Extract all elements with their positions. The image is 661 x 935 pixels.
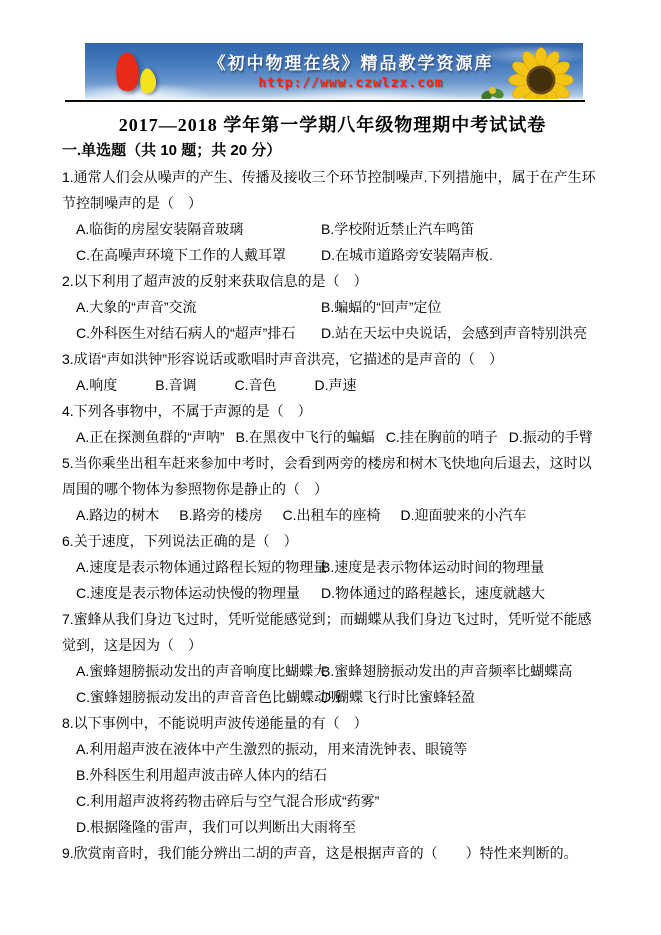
option-b: B.在黑夜中飞行的蝙蝠 bbox=[236, 424, 375, 450]
logo-yellow-flame-icon bbox=[135, 67, 159, 95]
option-d: D.物体通过的路程越长，速度就越大 bbox=[321, 580, 603, 606]
question-text: 3.成语“声如洪钟”形容说话或歌唱时声音洪亮，它描述的是声音的（ ） bbox=[62, 346, 603, 372]
question-8: 8.以下事例中，不能说明声波传递能量的有（ ） A.利用超声波在液体中产生激烈的… bbox=[62, 710, 603, 840]
question-7: 7.蜜蜂从我们身边飞过时，凭听觉能感觉到；而蝴蝶从我们身边飞过时，凭听觉不能感觉… bbox=[62, 606, 603, 710]
option-d: D.蝴蝶飞行时比蜜蜂轻盈 bbox=[321, 684, 603, 710]
banner-text: 《初中物理在线》精品教学资源库 http://www.czwlzx.com bbox=[193, 49, 509, 91]
option-b: B.速度是表示物体运动时间的物理量 bbox=[321, 554, 603, 580]
option-a: A.速度是表示物体通过路程长短的物理量 bbox=[76, 554, 321, 580]
question-options: A.大象的“声音”交流 B.蝙蝠的“回声”定位 C.外科医生对结石病人的“超声”… bbox=[62, 294, 603, 346]
option-b: B.外科医生利用超声波击碎人体内的结石 bbox=[76, 762, 603, 788]
option-b: B.蝙蝠的“回声”定位 bbox=[321, 294, 603, 320]
option-c: C.音色 bbox=[234, 372, 276, 398]
option-a: A.利用超声波在液体中产生激烈的振动，用来清洗钟表、眼镜等 bbox=[76, 736, 603, 762]
option-c: C.蜜蜂翅膀振动发出的声音音色比蝴蝶动听 bbox=[76, 684, 321, 710]
question-options: A.蜜蜂翅膀振动发出的声音响度比蝴蝶大 B.蜜蜂翅膀振动发出的声音频率比蝴蝶高 … bbox=[62, 658, 603, 710]
question-4: 4.下列各事物中，不属于声源的是（ ） A.正在探测鱼群的“声呐” B.在黑夜中… bbox=[62, 398, 603, 450]
plant-icon bbox=[479, 87, 509, 99]
option-a: A.路边的树木 bbox=[76, 502, 159, 528]
question-options: A.利用超声波在液体中产生激烈的振动，用来清洗钟表、眼镜等 B.外科医生利用超声… bbox=[62, 736, 603, 840]
question-9: 9.欣赏南音时，我们能分辨出二胡的声音，这是根据声音的（ ）特性来判断的。 bbox=[62, 840, 603, 866]
option-a: A.蜜蜂翅膀振动发出的声音响度比蝴蝶大 bbox=[76, 658, 321, 684]
option-a: A.正在探测鱼群的“声呐” bbox=[76, 424, 225, 450]
question-text: 6.关于速度，下列说法正确的是（ ） bbox=[62, 528, 603, 554]
site-banner: 《初中物理在线》精品教学资源库 http://www.czwlzx.com bbox=[85, 43, 583, 99]
option-c: C.挂在胸前的哨子 bbox=[386, 424, 498, 450]
option-b: B.学校附近禁止汽车鸣笛 bbox=[321, 216, 603, 242]
banner-divider bbox=[65, 100, 585, 102]
site-name: 《初中物理在线》精品教学资源库 bbox=[193, 49, 509, 74]
question-3: 3.成语“声如洪钟”形容说话或歌唱时声音洪亮，它描述的是声音的（ ） A.响度 … bbox=[62, 346, 603, 398]
option-c: C.在高噪声环境下工作的人戴耳罩 bbox=[76, 242, 321, 268]
option-b: B.路旁的楼房 bbox=[179, 502, 262, 528]
question-options: A.临街的房屋安装隔音玻璃 B.学校附近禁止汽车鸣笛 C.在高噪声环境下工作的人… bbox=[62, 216, 603, 268]
site-logo-icon bbox=[109, 51, 179, 97]
question-options: A.速度是表示物体通过路程长短的物理量 B.速度是表示物体运动时间的物理量 C.… bbox=[62, 554, 603, 606]
question-text: 8.以下事例中，不能说明声波传递能量的有（ ） bbox=[62, 710, 603, 736]
option-c: C.外科医生对结石病人的“超声”排石 bbox=[76, 320, 321, 346]
question-text: 7.蜜蜂从我们身边飞过时，凭听觉能感觉到；而蝴蝶从我们身边飞过时，凭听觉不能感觉… bbox=[62, 606, 603, 658]
option-c: C.利用超声波将药物击碎后与空气混合形成“药雾” bbox=[76, 788, 603, 814]
question-options: A.响度 B.音调 C.音色 D.声速 bbox=[62, 372, 603, 398]
question-5: 5.当你乘坐出租车赶来参加中考时，会看到两旁的楼房和树木飞快地向后退去，这时以周… bbox=[62, 450, 603, 528]
option-d: D.迎面驶来的小汽车 bbox=[400, 502, 526, 528]
question-2: 2.以下利用了超声波的反射来获取信息的是（ ） A.大象的“声音”交流 B.蝙蝠… bbox=[62, 268, 603, 346]
option-a: A.临街的房屋安装隔音玻璃 bbox=[76, 216, 321, 242]
option-d: D.在城市道路旁安装隔声板. bbox=[321, 242, 603, 268]
option-b: B.音调 bbox=[155, 372, 196, 398]
question-text: 2.以下利用了超声波的反射来获取信息的是（ ） bbox=[62, 268, 603, 294]
option-c: C.出租车的座椅 bbox=[282, 502, 380, 528]
site-url: http://www.czwlzx.com bbox=[193, 76, 509, 91]
question-options: A.正在探测鱼群的“声呐” B.在黑夜中飞行的蝙蝠 C.挂在胸前的哨子 D.振动… bbox=[62, 424, 603, 450]
question-text: 5.当你乘坐出租车赶来参加中考时，会看到两旁的楼房和树木飞快地向后退去，这时以周… bbox=[62, 450, 603, 502]
exam-title: 2017—2018 学年第一学期八年级物理期中考试试卷 bbox=[62, 112, 603, 138]
question-1: 1.通常人们会从噪声的产生、传播及接收三个环节控制噪声.下列措施中，属于在产生环… bbox=[62, 164, 603, 268]
option-c: C.速度是表示物体运动快慢的物理量 bbox=[76, 580, 321, 606]
option-a: A.响度 bbox=[76, 372, 117, 398]
option-a: A.大象的“声音”交流 bbox=[76, 294, 321, 320]
question-text: 4.下列各事物中，不属于声源的是（ ） bbox=[62, 398, 603, 424]
logo-red-flame-icon bbox=[111, 51, 143, 94]
section-heading: 一.单选题（共 10 题；共 20 分） bbox=[62, 138, 603, 164]
sunflower-icon bbox=[502, 47, 580, 99]
question-6: 6.关于速度，下列说法正确的是（ ） A.速度是表示物体通过路程长短的物理量 B… bbox=[62, 528, 603, 606]
exam-document: 2017—2018 学年第一学期八年级物理期中考试试卷 一.单选题（共 10 题… bbox=[62, 112, 603, 866]
question-text: 1.通常人们会从噪声的产生、传播及接收三个环节控制噪声.下列措施中，属于在产生环… bbox=[62, 164, 603, 216]
option-d: D.站在天坛中央说话，会感到声音特别洪亮 bbox=[321, 320, 603, 346]
option-d: D.根据隆隆的雷声，我们可以判断出大雨将至 bbox=[76, 814, 603, 840]
option-b: B.蜜蜂翅膀振动发出的声音频率比蝴蝶高 bbox=[321, 658, 603, 684]
option-d: D.声速 bbox=[314, 372, 356, 398]
question-text: 9.欣赏南音时，我们能分辨出二胡的声音，这是根据声音的（ ）特性来判断的。 bbox=[62, 840, 603, 866]
question-options: A.路边的树木 B.路旁的楼房 C.出租车的座椅 D.迎面驶来的小汽车 bbox=[62, 502, 603, 528]
option-d: D.振动的手臂 bbox=[509, 424, 593, 450]
